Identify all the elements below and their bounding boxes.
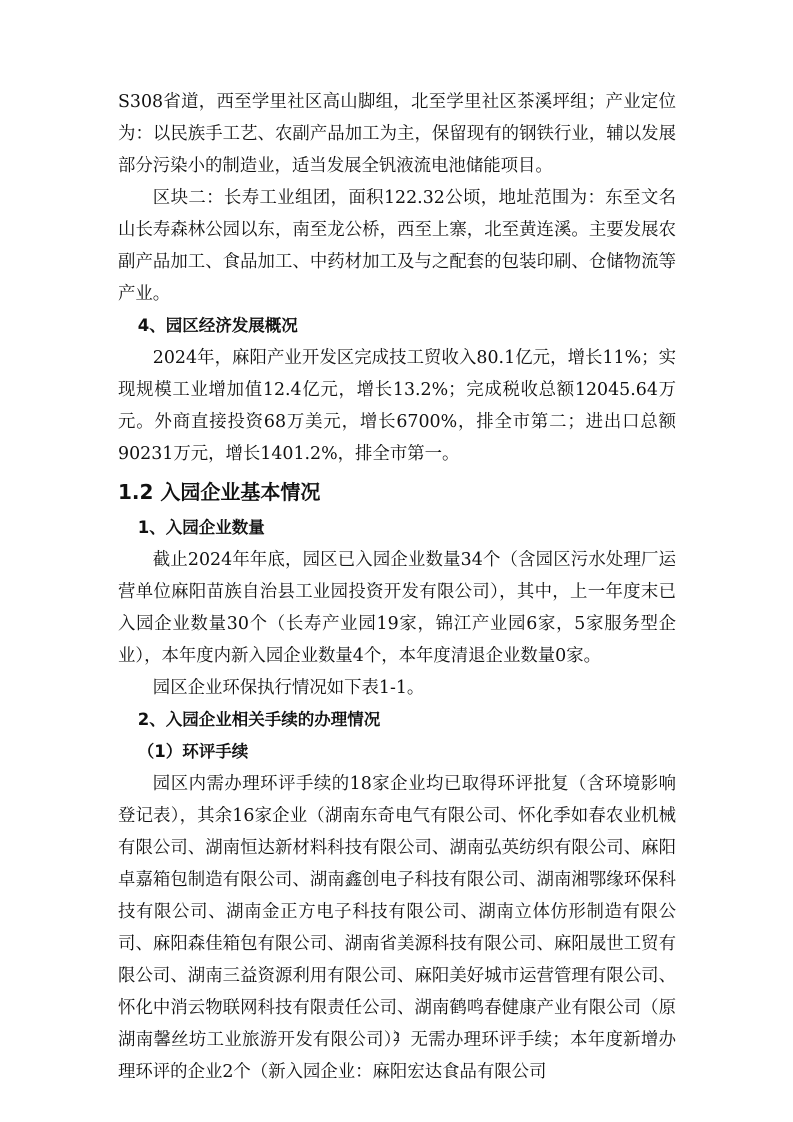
section-heading-1-2: 1.2 入园企业基本情况 (118, 472, 676, 512)
paragraph-enterprise-count: 截止2024年年底，园区已入园企业数量34个（含园区污水处理厂运营单位麻阳苗族自… (118, 544, 676, 672)
document-page: S308省道，西至学里社区高山脚组，北至学里社区茶溪坪组；产业定位为：以民族手工… (118, 86, 676, 1088)
heading-enterprise-count: 1、入园企业数量 (118, 512, 676, 544)
heading-procedures: 2、入园企业相关手续的办理情况 (118, 704, 676, 736)
paragraph-economy: 2024年，麻阳产业开发区完成技工贸收入80.1亿元，增长11%；实现规模工业增… (118, 342, 676, 470)
heading-economic-overview: 4、园区经济发展概况 (118, 310, 676, 342)
paragraph-table-ref: 园区企业环保执行情况如下表1-1。 (118, 672, 676, 704)
paragraph-block1-continued: S308省道，西至学里社区高山脚组，北至学里社区茶溪坪组；产业定位为：以民族手工… (118, 86, 676, 182)
paragraph-block2: 区块二：长寿工业组团，面积122.32公顷，地址范围为：东至文名山长寿森林公园以… (118, 182, 676, 310)
heading-eia: （1）环评手续 (118, 736, 676, 768)
page-number: 2 (0, 1030, 793, 1046)
